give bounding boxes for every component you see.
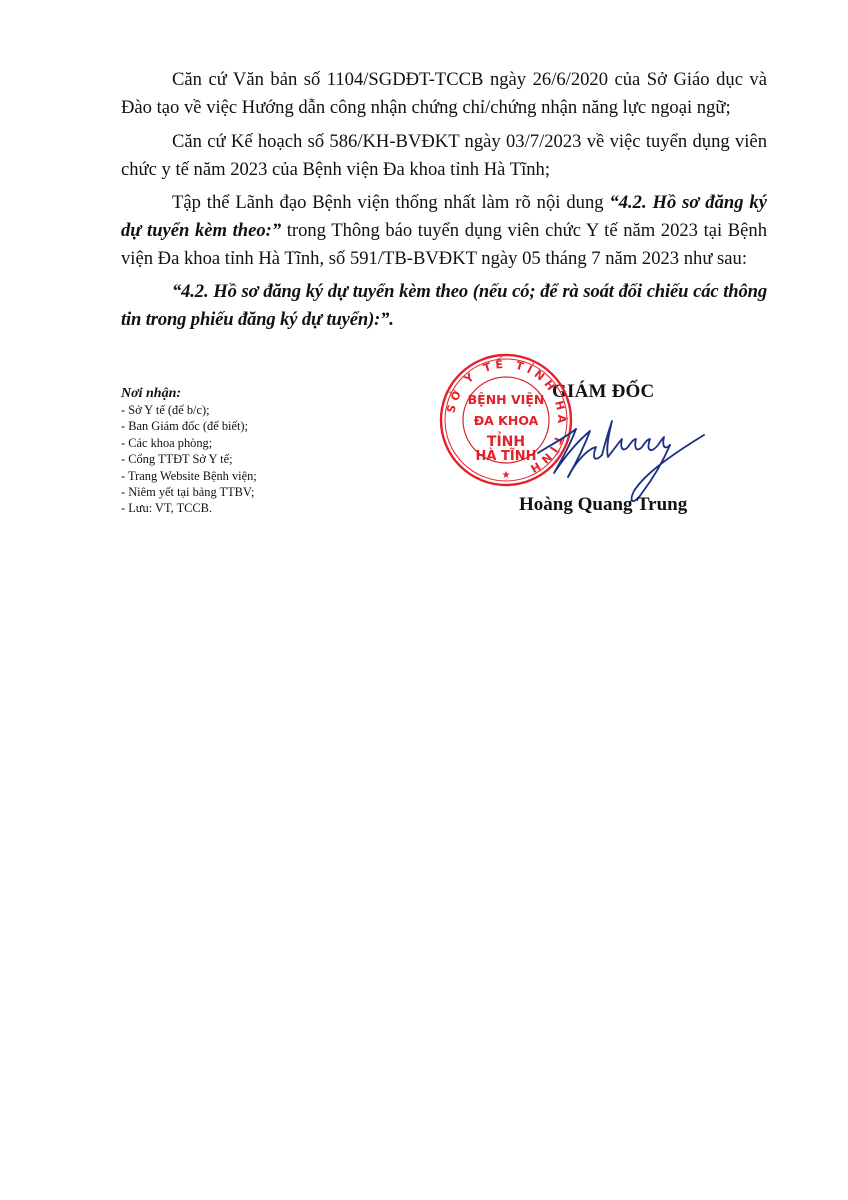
official-seal-icon: SỞ Y TẾ TỈNH HÀ TĨNH BỆNH VIỆN ĐA KHOA T…	[438, 352, 574, 488]
recipient-item: - Ban Giám đốc (để biết);	[121, 418, 361, 434]
paragraph-legal-basis-2: Căn cứ Kế hoạch số 586/KH-BVĐKT ngày 03/…	[121, 128, 767, 184]
paragraph-clarification: Tập thể Lãnh đạo Bệnh viện thống nhất là…	[121, 189, 767, 273]
seal-center-line-1: BỆNH VIỆN	[468, 392, 545, 407]
recipient-item: - Lưu: VT, TCCB.	[121, 500, 361, 516]
seal-center-line-3: TỈNH	[487, 431, 525, 450]
recipient-item: - Niêm yết tại bảng TTBV;	[121, 484, 361, 500]
document-page: Căn cứ Văn bản số 1104/SGDĐT-TCCB ngày 2…	[0, 0, 848, 1200]
seal-center-line-2: ĐA KHOA	[474, 413, 539, 428]
svg-text:SỞ Y TẾ TỈNH HÀ TĨNH: SỞ Y TẾ TỈNH HÀ TĨNH	[444, 356, 568, 477]
recipient-item: - Sở Y tế (để b/c);	[121, 402, 361, 418]
document-body: Căn cứ Văn bản số 1104/SGDĐT-TCCB ngày 2…	[121, 66, 767, 339]
recipients-heading: Nơi nhận:	[121, 385, 361, 402]
paragraph-legal-basis-1: Căn cứ Văn bản số 1104/SGDĐT-TCCB ngày 2…	[121, 66, 767, 122]
recipient-item: - Trang Website Bệnh viện;	[121, 468, 361, 484]
recipient-item: - Cổng TTĐT Sở Y tế;	[121, 451, 361, 467]
paragraph-amended-clause: “4.2. Hồ sơ đăng ký dự tuyển kèm theo (n…	[121, 278, 767, 334]
clarification-lead-text: Tập thể Lãnh đạo Bệnh viện thống nhất là…	[172, 192, 609, 213]
seal-ring-text: SỞ Y TẾ TỈNH HÀ TĨNH	[444, 356, 568, 477]
signatory-title: GIÁM ĐỐC	[552, 381, 654, 403]
seal-center-line-4: HÀ TĨNH	[476, 448, 537, 464]
recipients-block: Nơi nhận: - Sở Y tế (để b/c); - Ban Giám…	[121, 385, 361, 517]
seal-star-icon: ★	[502, 470, 511, 481]
recipients-list: - Sở Y tế (để b/c); - Ban Giám đốc (để b…	[121, 402, 361, 517]
signatory-name: Hoàng Quang Trung	[519, 494, 687, 516]
recipient-item: - Các khoa phòng;	[121, 435, 361, 451]
